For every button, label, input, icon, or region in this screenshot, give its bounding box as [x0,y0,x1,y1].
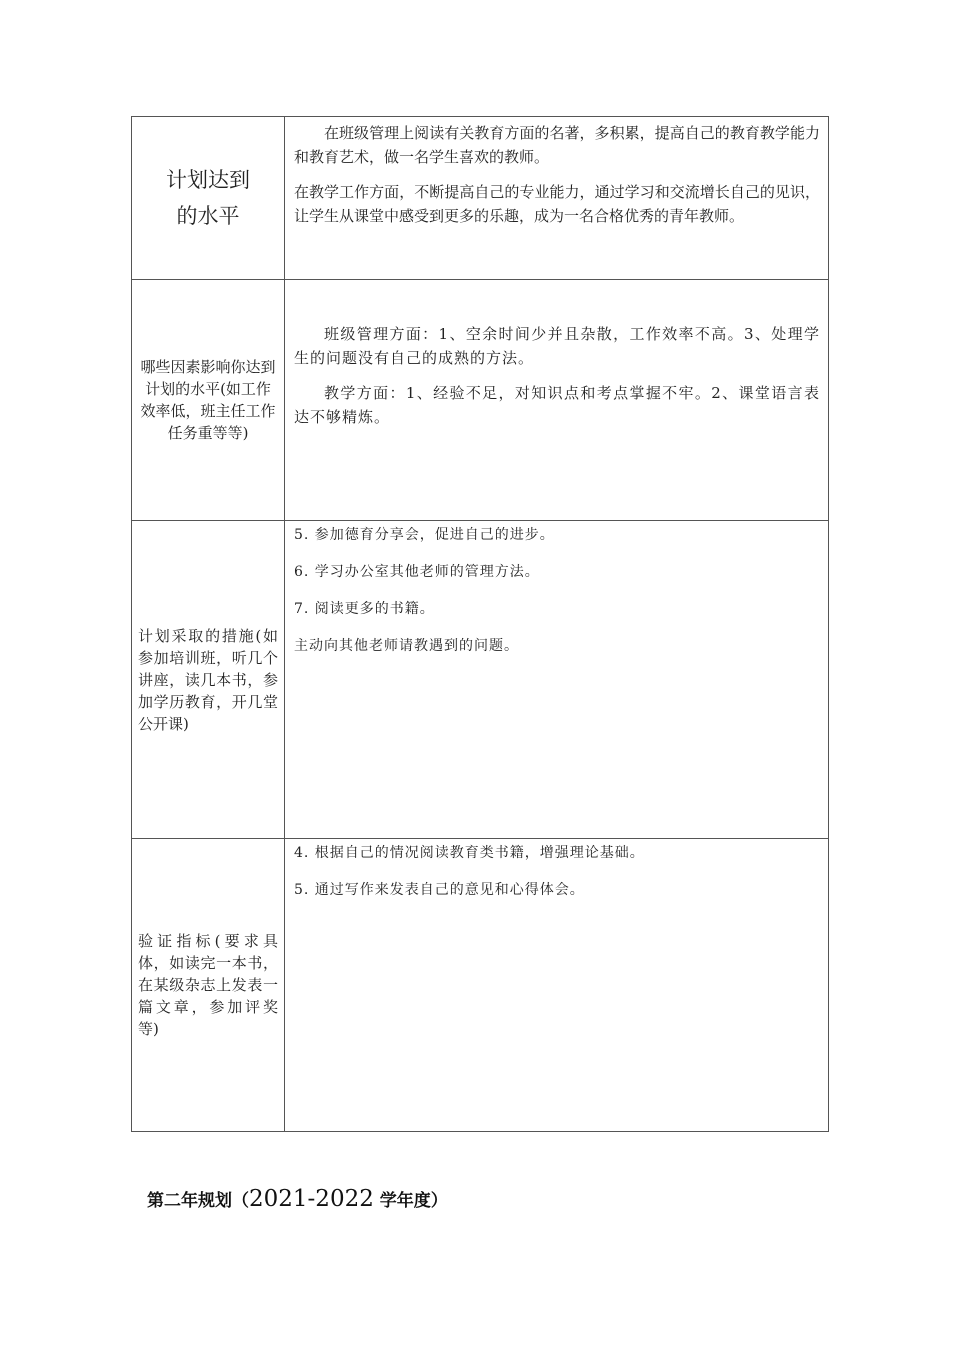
table-row-planned-measures: 计划采取的措施(如参加培训班，听几个讲座，读几本书，参加学历教育，开几堂公开课)… [132,521,829,839]
content-paragraph: 在班级管理上阅读有关教育方面的名著，多积累，提高自己的教育教学能力和教育艺术，做… [294,121,820,169]
row-label-line: 计划达到 [166,162,250,198]
row-label-cell: 哪些因素影响你达到计划的水平(如工作效率低，班主任工作任务重等等) [132,280,285,521]
row-label: 计划采取的措施(如参加培训班，听几个讲座，读几本书，参加学历教育，开几堂公开课) [138,625,278,735]
plan-table: 计划达到 的水平 在班级管理上阅读有关教育方面的名著，多积累，提高自己的教育教学… [131,116,829,1132]
row-label-cell: 验证指标(要求具体，如读完一本书，在某级杂志上发表一篇文章，参加评奖等) [132,839,285,1132]
row-label: 哪些因素影响你达到计划的水平(如工作效率低，班主任工作任务重等等) [138,356,278,444]
content-paragraph: 在教学工作方面，不断提高自己的专业能力，通过学习和交流增长自己的见识，让学生从课… [294,180,820,228]
row-label-cell: 计划采取的措施(如参加培训班，听几个讲座，读几本书，参加学历教育，开几堂公开课) [132,521,285,839]
heading-prefix: 第二年规划（ [147,1191,249,1211]
row-label-line: 的水平 [166,198,250,234]
content-paragraph: 班级管理方面：1、空余时间少并且杂散，工作效率不高。3、处理学生的问题没有自己的… [294,322,820,370]
heading-year: 2021-2022 [249,1186,374,1212]
section-heading-second-year-plan: 第二年规划（2021-2022 学年度） [147,1186,448,1212]
table-row-influencing-factors: 哪些因素影响你达到计划的水平(如工作效率低，班主任工作任务重等等) 班级管理方面… [132,280,829,521]
heading-suffix: 学年度） [374,1191,448,1211]
row-label-cell: 计划达到 的水平 [132,117,285,280]
content-list-item: 5. 参加德育分享会，促进自己的进步。 [294,525,820,545]
content-list-item: 7. 阅读更多的书籍。 [294,599,820,619]
row-label: 计划达到 的水平 [166,162,250,234]
table-row-verification-indicators: 验证指标(要求具体，如读完一本书，在某级杂志上发表一篇文章，参加评奖等) 4. … [132,839,829,1132]
row-label: 验证指标(要求具体，如读完一本书，在某级杂志上发表一篇文章，参加评奖等) [138,930,278,1040]
content-list-item: 5. 通过写作来发表自己的意见和心得体会。 [294,880,820,900]
content-list-item: 主动向其他老师请教遇到的问题。 [294,636,820,656]
content-list-item: 4. 根据自己的情况阅读教育类书籍，增强理论基础。 [294,843,820,863]
table-row-target-level: 计划达到 的水平 在班级管理上阅读有关教育方面的名著，多积累，提高自己的教育教学… [132,117,829,280]
row-content-cell: 在班级管理上阅读有关教育方面的名著，多积累，提高自己的教育教学能力和教育艺术，做… [285,117,829,280]
content-list-item: 6. 学习办公室其他老师的管理方法。 [294,562,820,582]
content-paragraph: 教学方面：1、经验不足，对知识点和考点掌握不牢。2、课堂语言表达不够精炼。 [294,381,820,429]
row-content-cell: 5. 参加德育分享会，促进自己的进步。 6. 学习办公室其他老师的管理方法。 7… [285,521,829,839]
row-content-cell: 班级管理方面：1、空余时间少并且杂散，工作效率不高。3、处理学生的问题没有自己的… [285,280,829,521]
row-content-cell: 4. 根据自己的情况阅读教育类书籍，增强理论基础。 5. 通过写作来发表自己的意… [285,839,829,1132]
